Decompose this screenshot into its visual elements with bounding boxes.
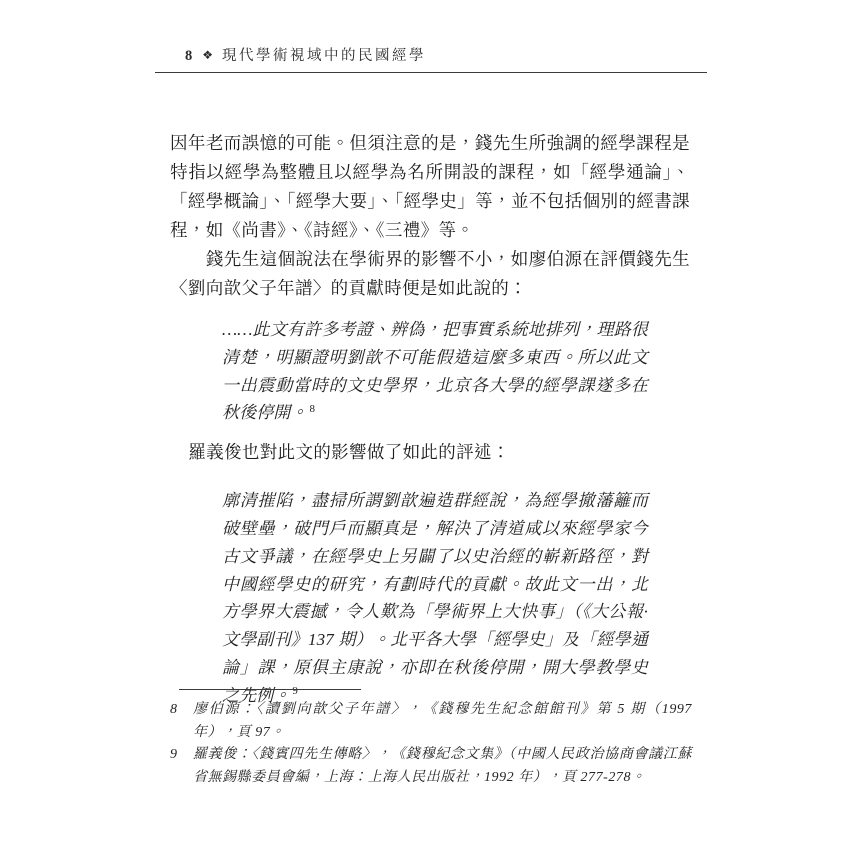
footnote-item-9: 9 羅義俊：〈錢賓四先生傳略〉，《錢穆紀念文集》（中國人民政治協商會議江蘇省無錫… [170, 744, 692, 789]
paragraph-liao-intro: 錢先生這個說法在學術界的影響不小，如廖伯源在評價錢先生〈劉向歆父子年譜〉的貢獻時… [170, 245, 690, 303]
blockquote-luo: 廓清摧陷，盡掃所謂劉歆遍造群經說，為經學撤藩籬而破壁壘，破門戶而顯真是，解決了清… [222, 487, 648, 709]
paragraph-luo-intro: 羅義俊也對此文的影響做了如此的評述： [170, 438, 690, 467]
page-body: 因年老而誤憶的可能。但須注意的是，錢先生所強調的經學課程是特指以經學為整體且以經… [170, 129, 690, 710]
footnote-text: 廖伯源：〈讀劉向歆父子年譜〉，《錢穆先生紀念館館刊》第 5 期（1997 年），… [193, 699, 692, 744]
blockquote-luo-text: 廓清摧陷，盡掃所謂劉歆遍造群經說，為經學撤藩籬而破壁壘，破門戶而顯真是，解決了清… [222, 491, 648, 705]
diamond-ornament-icon: ❖ [202, 45, 213, 65]
footnote-number: 9 [170, 744, 193, 789]
footnotes-section: 8 廖伯源：〈讀劉向歆父子年譜〉，《錢穆先生紀念館館刊》第 5 期（1997 年… [170, 689, 692, 789]
page-number: 8 [185, 46, 193, 66]
footnote-separator [179, 689, 361, 690]
paragraph-courses: 因年老而誤憶的可能。但須注意的是，錢先生所強調的經學課程是特指以經學為整體且以經… [170, 129, 690, 245]
footnote-number: 8 [170, 699, 193, 744]
blockquote-liao: ……此文有許多考證、辨偽，把事實系統地排列，理路很清楚，明顯證明劉歆不可能假造這… [222, 316, 648, 427]
book-title: 現代學術視域中的民國經學 [222, 46, 426, 66]
running-header: 8 ❖ 現代學術視域中的民國經學 [155, 46, 707, 73]
blockquote-liao-text: ……此文有許多考證、辨偽，把事實系統地排列，理路很清楚，明顯證明劉歆不可能假造這… [222, 320, 648, 422]
book-page: 8 ❖ 現代學術視域中的民國經學 因年老而誤憶的可能。但須注意的是，錢先生所強調… [0, 0, 850, 850]
footnote-text: 羅義俊：〈錢賓四先生傳略〉，《錢穆紀念文集》（中國人民政治協商會議江蘇省無錫縣委… [193, 744, 692, 789]
footnote-ref-8: 8 [310, 403, 316, 415]
footnote-item-8: 8 廖伯源：〈讀劉向歆父子年譜〉，《錢穆先生紀念館館刊》第 5 期（1997 年… [170, 699, 692, 744]
